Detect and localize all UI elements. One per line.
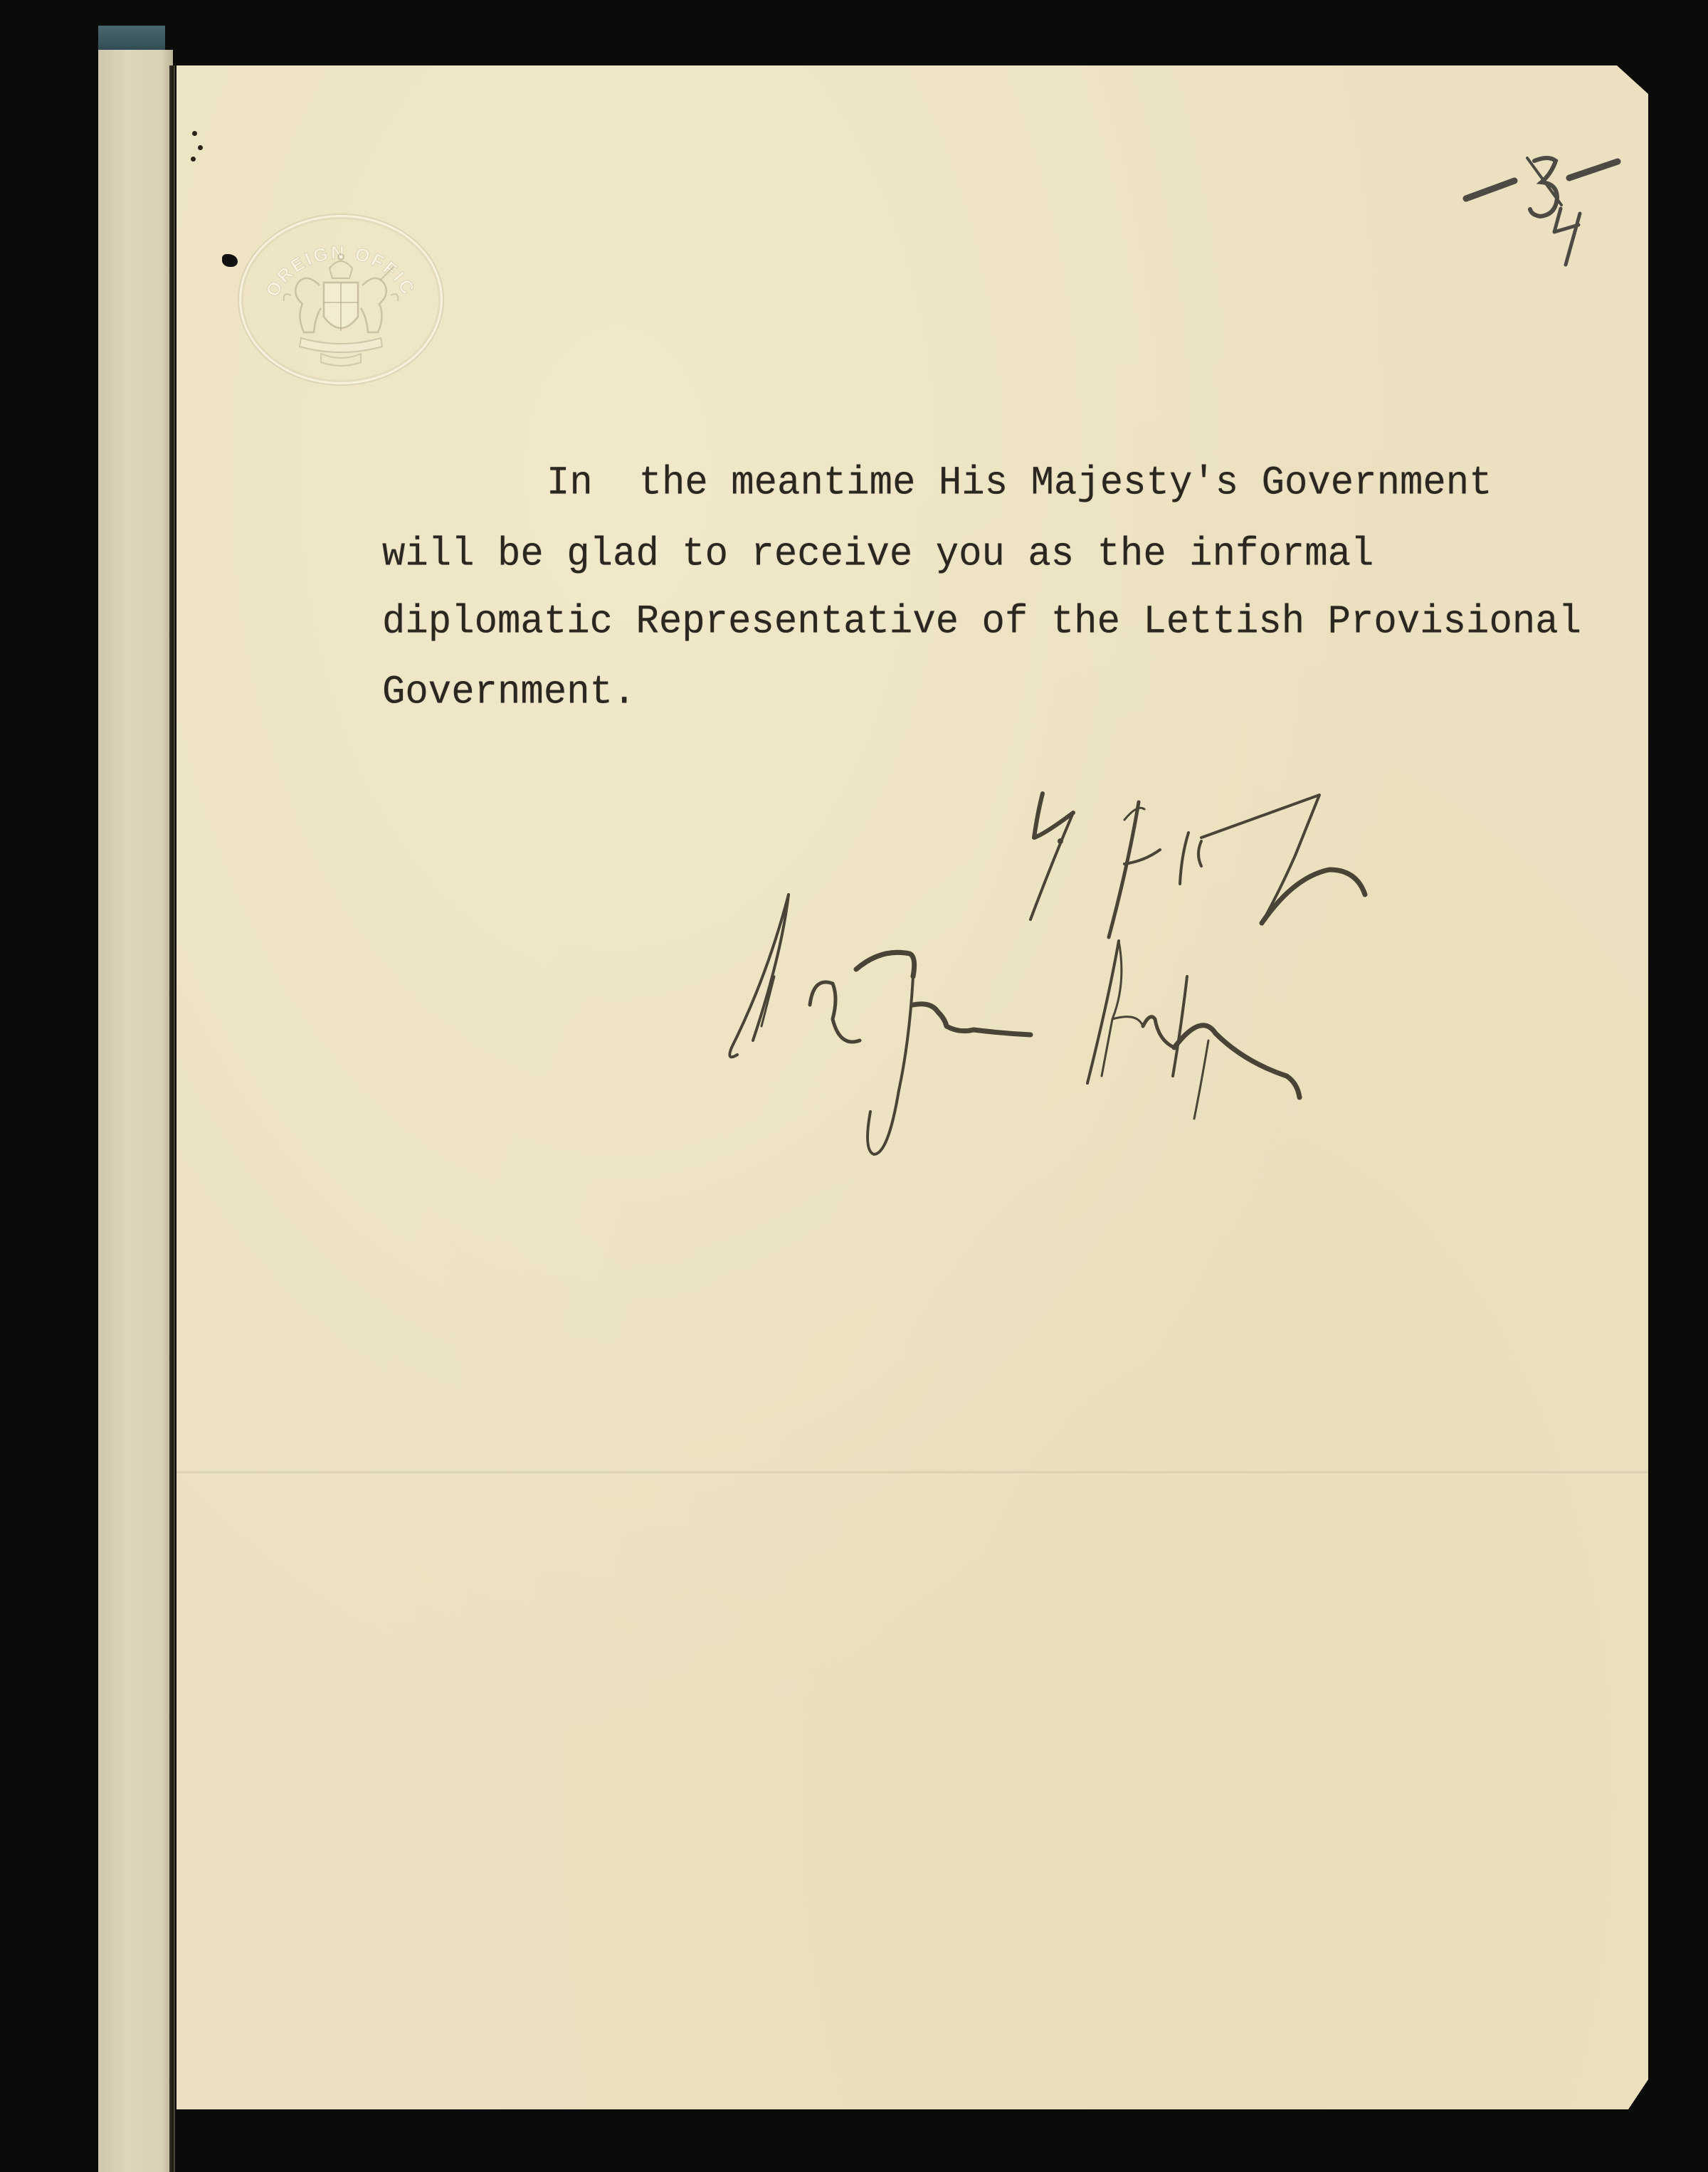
page-edge-shadow [169,65,175,2172]
foreign-office-seal-icon: FOREIGN OFFICE [239,215,443,384]
body-text-line: diplomatic Representative of the Lettish… [382,602,1581,643]
binding-hole-mark [191,157,196,162]
handwritten-signature: Yours faithfully Arthur James Balfour [575,770,1708,1211]
body-text-line: In the meantime His Majesty's Government [547,463,1492,504]
body-text-line: will be glad to receive you as the infor… [382,534,1374,575]
archive-mount-blue-band [98,26,165,51]
letter-page: FOREIGN OFFICE -3- [176,65,1648,2109]
binding-hole-mark [222,254,238,267]
page-number: -3- [1457,130,1628,307]
paper-fold-crease [176,1470,1648,1475]
archive-mount-strip [98,50,173,2172]
body-text-line: Government. [382,673,636,713]
binding-hole-mark [192,131,197,136]
binding-hole-mark [198,145,203,150]
